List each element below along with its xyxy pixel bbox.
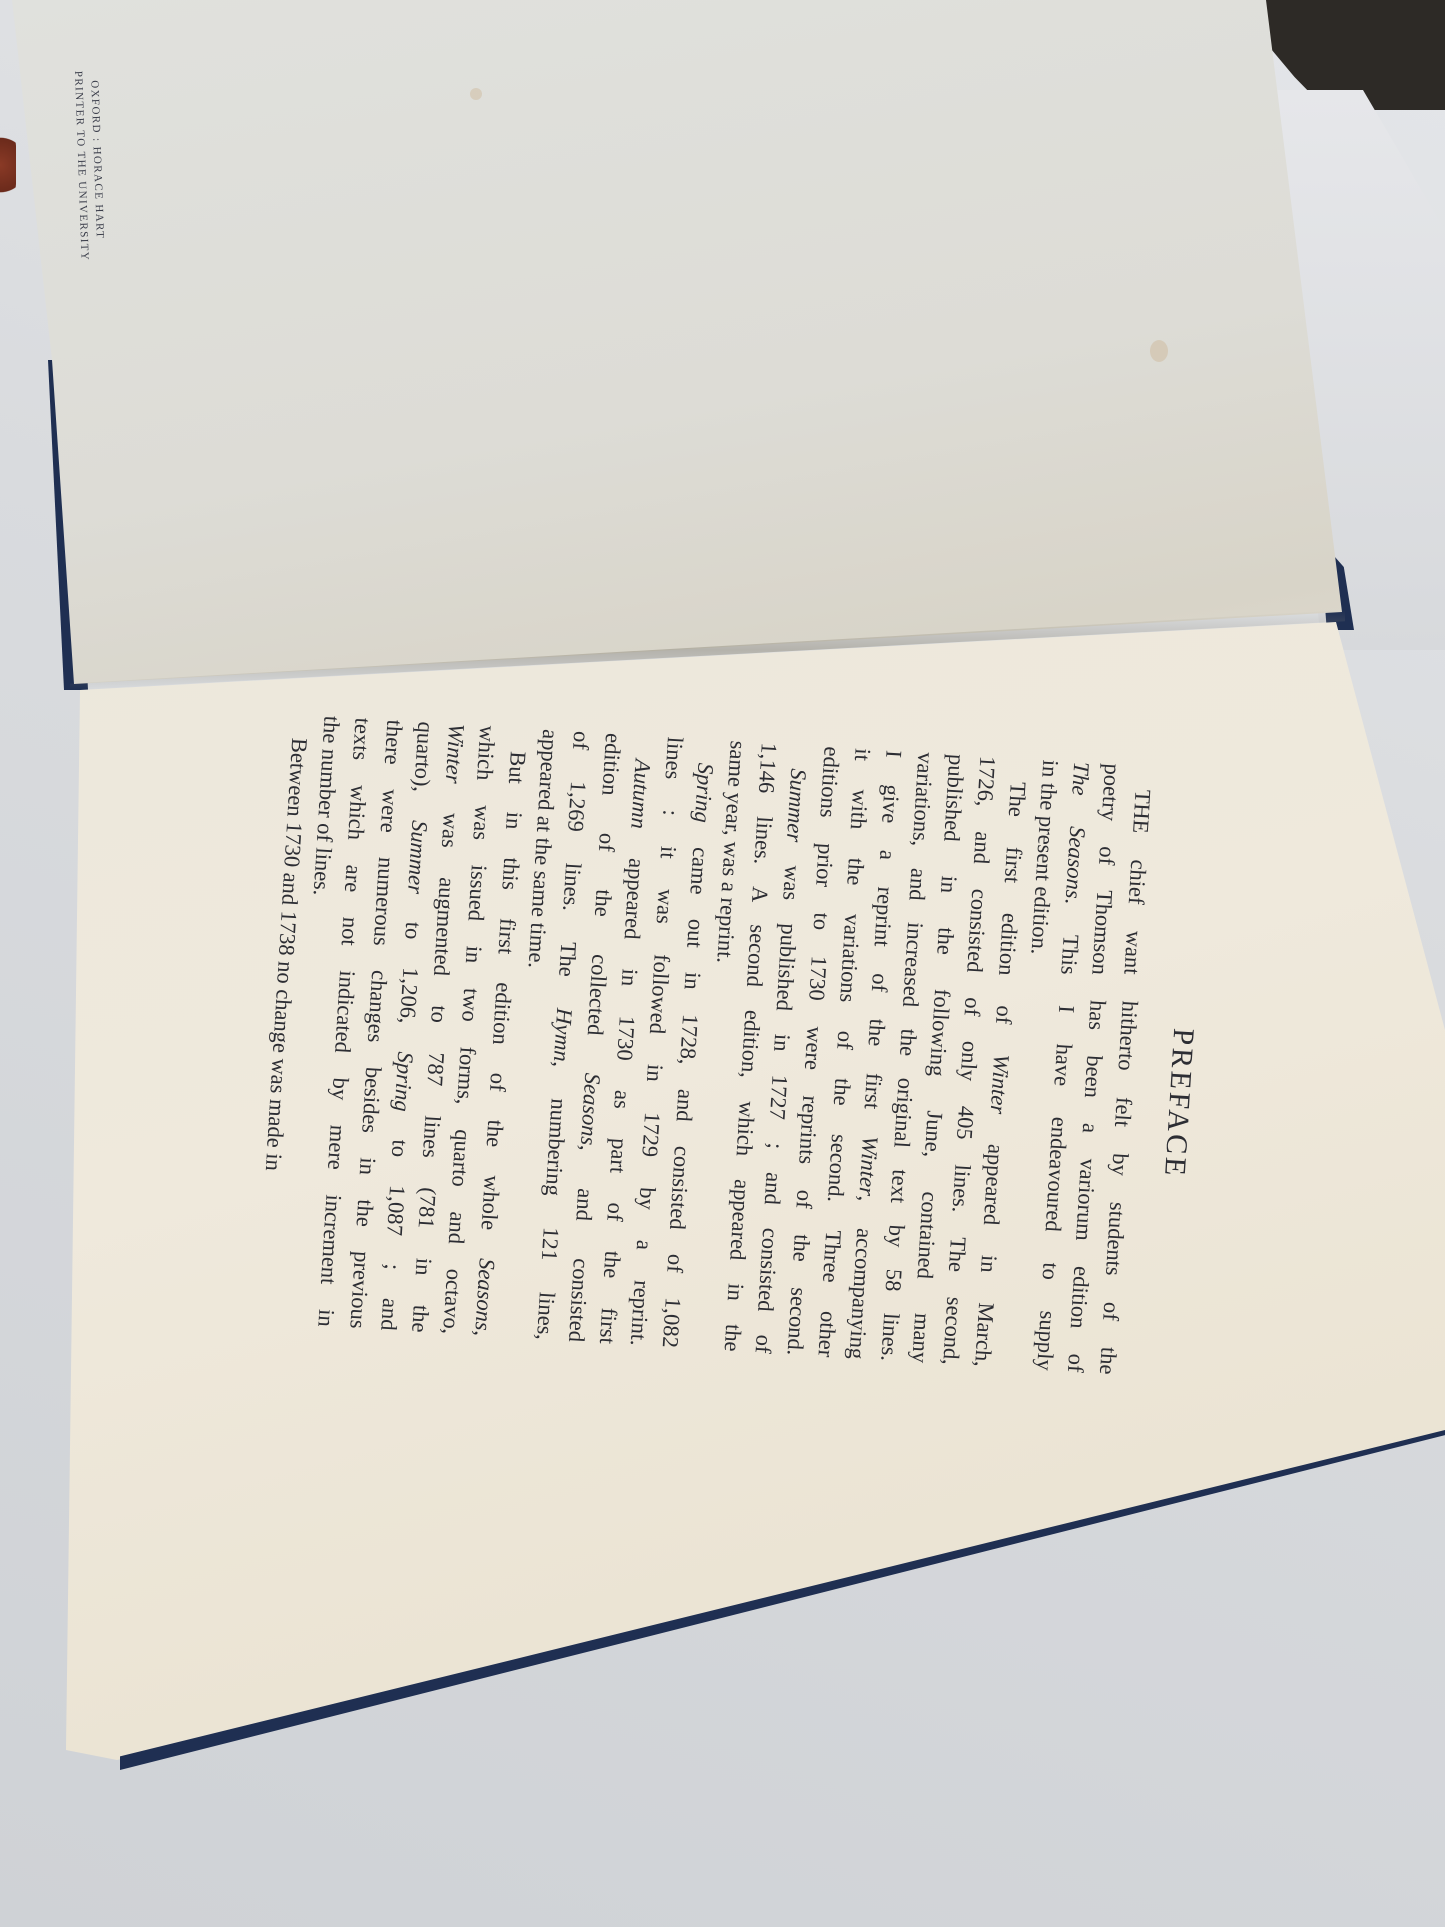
paper-spot [1150, 340, 1168, 362]
photo-scene: OXFORD : HORACE HART PRINTER TO THE UNIV… [0, 0, 1445, 1927]
left-page [0, 0, 1445, 700]
thumb [0, 130, 16, 200]
preface-body: THE chief want hitherto felt by students… [248, 713, 1160, 1375]
preface-text-block: PREFACE THE chief want hitherto felt by … [248, 713, 1215, 1379]
paper-spot [470, 88, 482, 100]
